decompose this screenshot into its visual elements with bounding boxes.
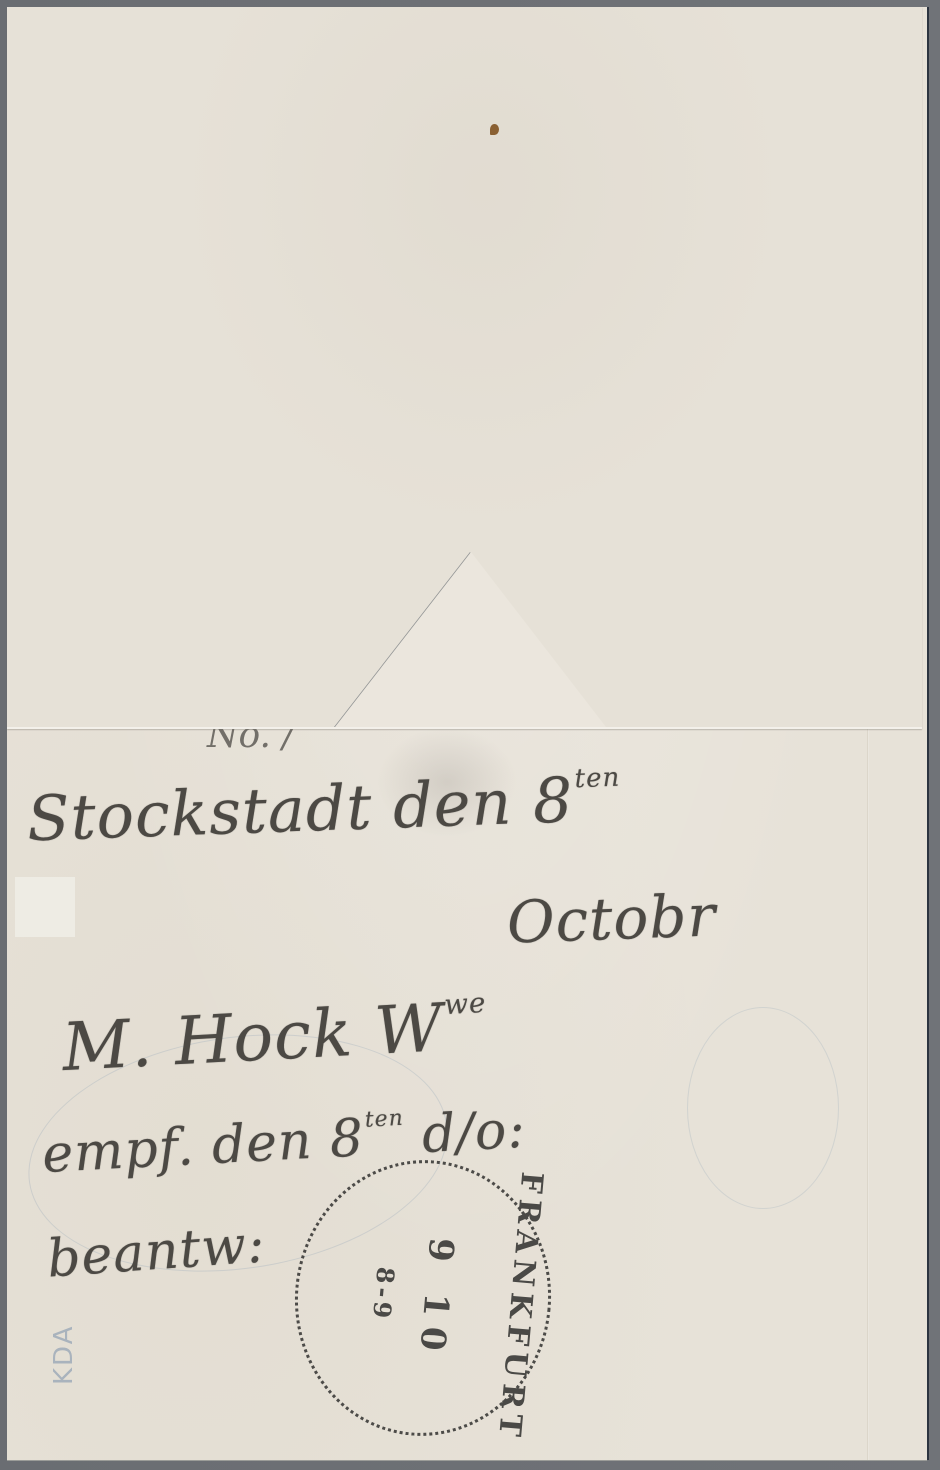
docket-line-place-date: Stockstadt den 8ten <box>26 762 622 856</box>
docket-line-month: Octobr <box>506 881 717 956</box>
letter-sheet: No. / Stockstadt den 8ten Octobr M. Hock… <box>7 7 927 1460</box>
postmark-date: 9 10 <box>404 1163 467 1435</box>
pencil-notation: KDA <box>49 1325 79 1385</box>
foxing-stain <box>490 124 499 135</box>
upper-flap <box>7 7 922 729</box>
docket-line-sender: M. Hock Wwe <box>60 986 489 1086</box>
scan-background: No. / Stockstadt den 8ten Octobr M. Hock… <box>0 0 940 1470</box>
postmark-city: FRANKFURT <box>491 1170 549 1442</box>
triangle-seal-flap <box>335 552 606 727</box>
paper-repair-patch <box>15 877 75 937</box>
faint-pencil-trace-right <box>687 1007 839 1209</box>
postmark-time: 8-9 <box>357 1159 409 1431</box>
